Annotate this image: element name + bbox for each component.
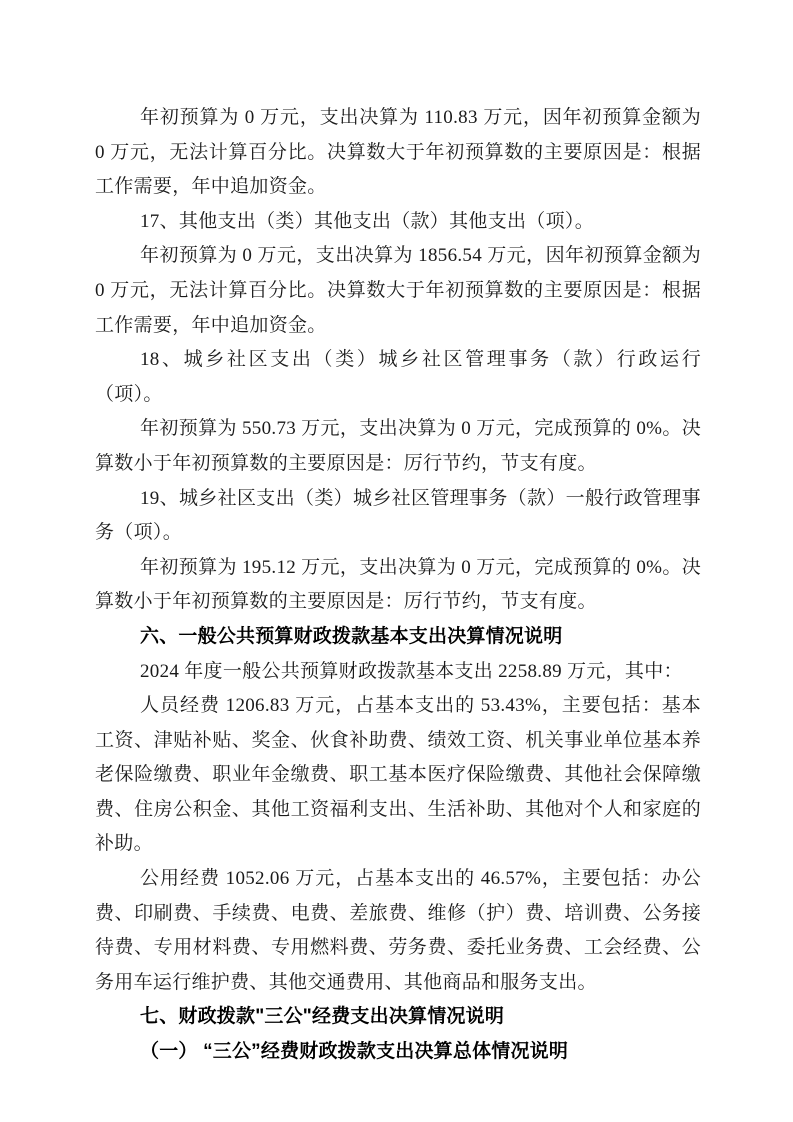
- para-public-expense-detail: 公用经费 1052.06 万元，占基本支出的 46.57%，主要包括：办公费、印…: [95, 862, 701, 1000]
- para-item-19-title: 19、城乡社区支出（类）城乡社区管理事务（款）一般行政管理事务（项）。: [95, 482, 701, 551]
- para-item-17-title: 17、其他支出（类）其他支出（款）其他支出（项）。: [95, 205, 701, 240]
- document-text-column: 年初预算为 0 万元，支出决算为 110.83 万元，因年初预算金额为 0 万元…: [95, 101, 701, 1070]
- para-item-18-title: 18、城乡社区支出（类）城乡社区管理事务（款）行政运行（项）。: [95, 343, 701, 412]
- section-6-heading: 六、一般公共预算财政拨款基本支出决算情况说明: [95, 620, 701, 655]
- section-7-heading: 七、财政拨款"三公"经费支出决算情况说明: [95, 1000, 701, 1035]
- para-item-19-budget-note: 年初预算为 195.12 万元，支出决算为 0 万元，完成预算的 0%。决算数小…: [95, 551, 701, 620]
- para-basic-expenditure-total: 2024 年度一般公共预算财政拨款基本支出 2258.89 万元，其中：: [95, 655, 701, 690]
- para-item16-budget-note: 年初预算为 0 万元，支出决算为 110.83 万元，因年初预算金额为 0 万元…: [95, 101, 701, 205]
- para-personnel-expense-detail: 人员经费 1206.83 万元，占基本支出的 53.43%，主要包括：基本工资、…: [95, 689, 701, 862]
- para-item-17-budget-note: 年初预算为 0 万元，支出决算为 1856.54 万元，因年初预算金额为 0 万…: [95, 239, 701, 343]
- para-item-18-budget-note: 年初预算为 550.73 万元，支出决算为 0 万元，完成预算的 0%。决算数小…: [95, 412, 701, 481]
- document-page: 年初预算为 0 万元，支出决算为 110.83 万元，因年初预算金额为 0 万元…: [0, 0, 793, 1122]
- subsection-7-1-heading: （一） “三公”经费财政拨款支出决算总体情况说明: [95, 1035, 701, 1070]
